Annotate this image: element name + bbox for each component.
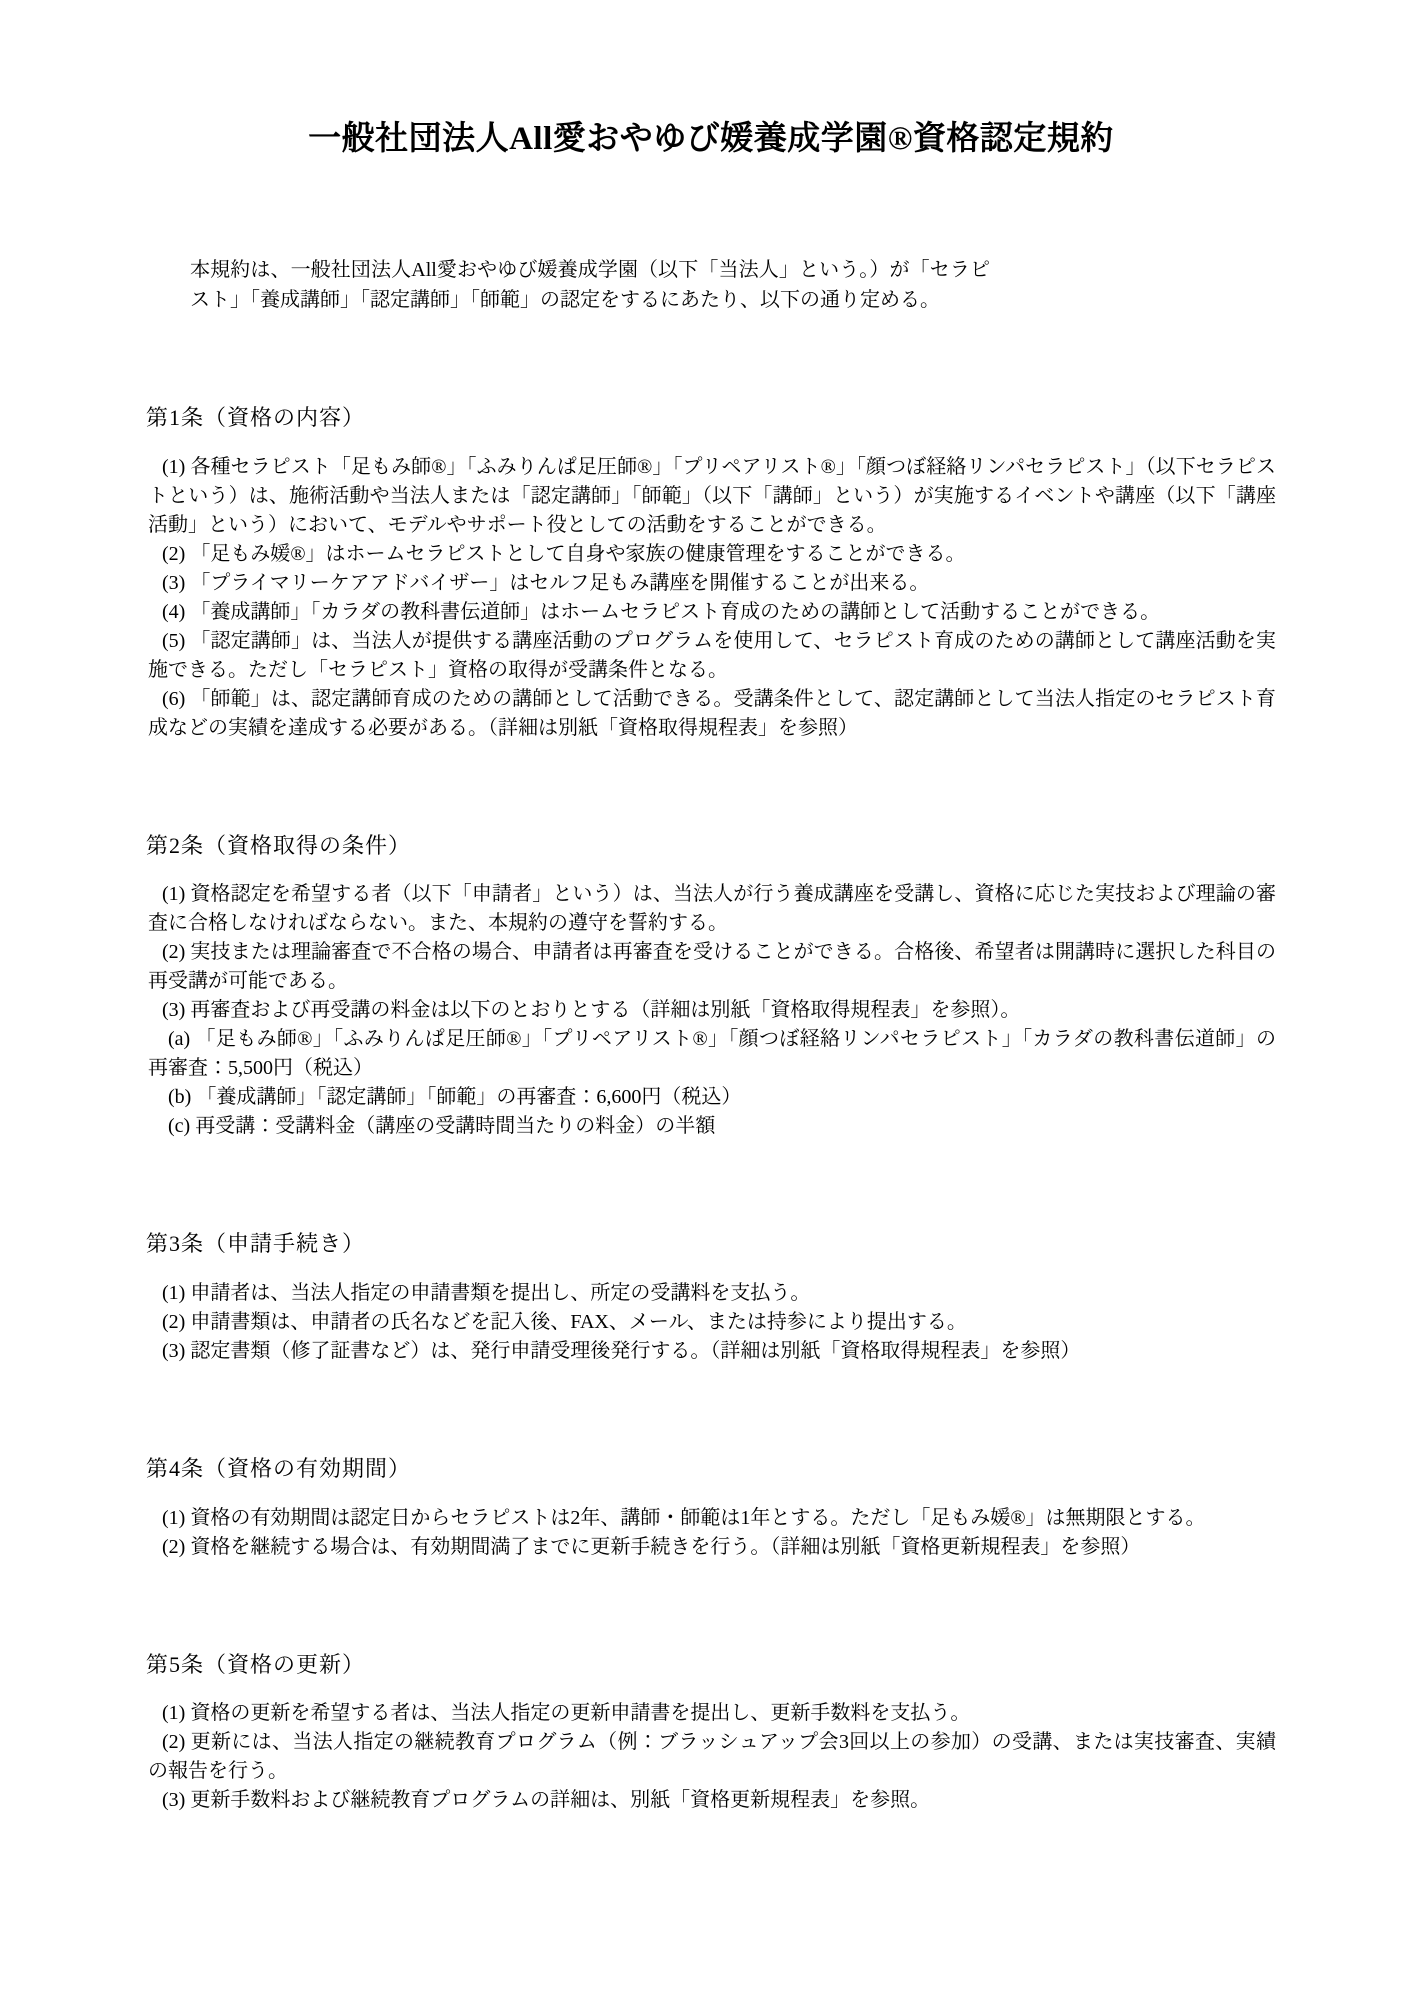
article-3-item-2: (2) 申請書類は、申請者の氏名などを記入後、FAX、メール、または持参により提… — [148, 1308, 1276, 1337]
article-5-body: (1) 資格の更新を希望する者は、当法人指定の更新申請書を提出し、更新手数料を支… — [146, 1699, 1276, 1815]
article-2-subitem-b: (b) 「養成講師」「認定講師」「師範」の再審査：6,600円（税込） — [148, 1083, 1276, 1112]
article-4-body: (1) 資格の有効期間は認定日からセラピストは2年、講師・師範は1年とする。ただ… — [146, 1504, 1276, 1562]
article-4: 第4条（資格の有効期間） (1) 資格の有効期間は認定日からセラピストは2年、講… — [146, 1454, 1276, 1562]
article-5-item-3: (3) 更新手数料および継続教育プログラムの詳細は、別紙「資格更新規程表」を参照… — [148, 1786, 1276, 1815]
article-2-item-3: (3) 再審査および再受講の料金は以下のとおりとする（詳細は別紙「資格取得規程表… — [148, 996, 1276, 1025]
article-1-item-2: (2) 「足もみ媛®」はホームセラピストとして自身や家族の健康管理をすることがで… — [148, 540, 1276, 569]
article-5-item-2: (2) 更新には、当法人指定の継続教育プログラム（例：ブラッシュアップ会3回以上… — [148, 1728, 1276, 1786]
article-2-heading: 第2条（資格取得の条件） — [146, 831, 1276, 861]
article-2-subitem-a: (a) 「足もみ師®」「ふみりんぱ足圧師®」「プリペアリスト®」「顔つぼ経絡リン… — [148, 1025, 1276, 1083]
article-2: 第2条（資格取得の条件） (1) 資格認定を希望する者（以下「申請者」という）は… — [146, 831, 1276, 1142]
article-3-heading: 第3条（申請手続き） — [146, 1229, 1276, 1259]
article-1: 第1条（資格の内容） (1) 各種セラピスト「足もみ師®」「ふみりんぱ足圧師®」… — [146, 403, 1276, 743]
page-title: 一般社団法人All愛おやゆび媛養成学園®資格認定規約 — [146, 118, 1276, 161]
article-5: 第5条（資格の更新） (1) 資格の更新を希望する者は、当法人指定の更新申請書を… — [146, 1650, 1276, 1816]
document-page: 一般社団法人All愛おやゆび媛養成学園®資格認定規約 本規約は、一般社団法人Al… — [0, 0, 1414, 2000]
article-5-item-1: (1) 資格の更新を希望する者は、当法人指定の更新申請書を提出し、更新手数料を支… — [148, 1699, 1276, 1728]
article-2-body: (1) 資格認定を希望する者（以下「申請者」という）は、当法人が行う養成講座を受… — [146, 880, 1276, 1141]
article-1-body: (1) 各種セラピスト「足もみ師®」「ふみりんぱ足圧師®」「プリペアリスト®」「… — [146, 453, 1276, 743]
article-4-item-2: (2) 資格を継続する場合は、有効期間満了までに更新手続きを行う。（詳細は別紙「… — [148, 1533, 1276, 1562]
article-2-item-1: (1) 資格認定を希望する者（以下「申請者」という）は、当法人が行う養成講座を受… — [148, 880, 1276, 938]
article-4-item-1: (1) 資格の有効期間は認定日からセラピストは2年、講師・師範は1年とする。ただ… — [148, 1504, 1276, 1533]
article-4-heading: 第4条（資格の有効期間） — [146, 1454, 1276, 1484]
article-1-heading: 第1条（資格の内容） — [146, 403, 1276, 433]
article-3-item-1: (1) 申請者は、当法人指定の申請書類を提出し、所定の受講料を支払う。 — [148, 1279, 1276, 1308]
article-3-body: (1) 申請者は、当法人指定の申請書類を提出し、所定の受講料を支払う。 (2) … — [146, 1279, 1276, 1366]
article-2-subitem-c: (c) 再受講：受講料金（講座の受講時間当たりの料金）の半額 — [148, 1112, 1276, 1141]
article-3: 第3条（申請手続き） (1) 申請者は、当法人指定の申請書類を提出し、所定の受講… — [146, 1229, 1276, 1366]
article-1-item-5: (5) 「認定講師」は、当法人が提供する講座活動のプログラムを使用して、セラピス… — [148, 627, 1276, 685]
article-1-item-6: (6) 「師範」は、認定講師育成のための講師として活動できる。受講条件として、認… — [148, 685, 1276, 743]
article-1-item-1: (1) 各種セラピスト「足もみ師®」「ふみりんぱ足圧師®」「プリペアリスト®」「… — [148, 453, 1276, 540]
article-5-heading: 第5条（資格の更新） — [146, 1650, 1276, 1680]
article-1-item-3: (3) 「プライマリーケアアドバイザー」はセルフ足もみ講座を開催することが出来る… — [148, 569, 1276, 598]
intro-paragraph: 本規約は、一般社団法人All愛おやゆび媛養成学園（以下「当法人」という。）が「セ… — [190, 255, 990, 315]
article-1-item-4: (4) 「養成講師」「カラダの教科書伝道師」はホームセラピスト育成のための講師と… — [148, 598, 1276, 627]
article-3-item-3: (3) 認定書類（修了証書など）は、発行申請受理後発行する。（詳細は別紙「資格取… — [148, 1337, 1276, 1366]
article-2-item-2: (2) 実技または理論審査で不合格の場合、申請者は再審査を受けることができる。合… — [148, 938, 1276, 996]
